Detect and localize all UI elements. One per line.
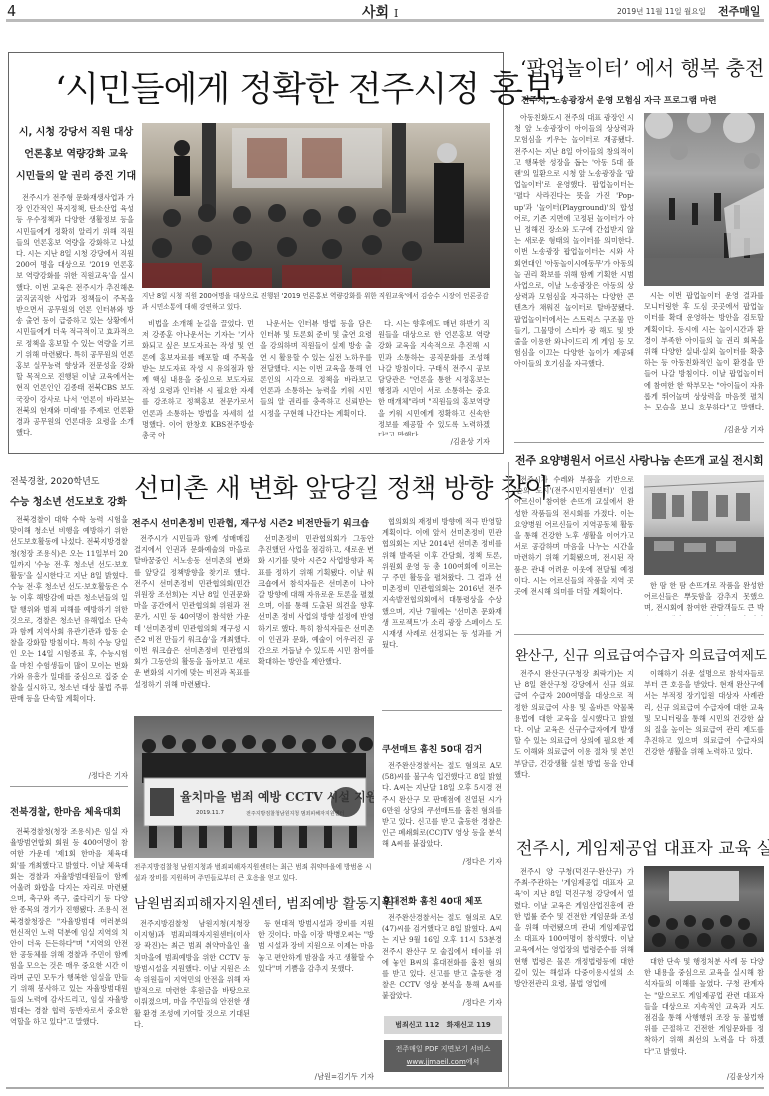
divider-right-1: [514, 442, 764, 443]
group-photo-image: [134, 716, 374, 858]
paper-name: 전주매일: [718, 3, 761, 19]
phone-byline: /정다은 기자: [450, 997, 502, 1008]
main-photo: [142, 123, 490, 288]
masthead-rule: [6, 19, 764, 22]
pdf-service-link-line: www.jjmaeil.com에서: [384, 1056, 502, 1068]
main-photo-caption: 지난 8일 시청 직원 200여명을 대상으로 진행된 '2019 언론홍보 역…: [142, 291, 492, 312]
cushion-byline: /정다은 기자: [450, 856, 502, 867]
phone-headline: 휴대전화 훔친 40대 체포: [382, 894, 482, 907]
cushion-headline: 쿠션매트 훔친 50대 검거: [382, 742, 482, 755]
divider-mid-1: [382, 710, 502, 711]
popup-byline: /김윤상 기자: [710, 424, 764, 435]
divider-vertical-center-right: [508, 462, 509, 1087]
main-col-2: 비법을 소개해 눈길을 끌었다. 먼저 강종훈 아나운서는 기자는 '기사화되고…: [142, 318, 254, 448]
popup-col-2: 시는 이번 팝업놀이터 운영 결과를 모니터링한 후 도심 곳곳에서 팝업놀이터…: [644, 290, 764, 410]
main-col-1: 전주시가 전주형 문화재생사업과 가장 인간적인 복지정책, 탄소산업 육성 등…: [16, 192, 134, 448]
main-subhead-1: 시, 시청 강당서 직원 대상: [16, 122, 136, 144]
playground-image: [644, 113, 764, 286]
divider-left-1: [10, 786, 128, 787]
police-exam-kicker: 전북경찰, 2020학년도: [10, 474, 100, 487]
police-sports-body: 전북경찰청(청장 조용식)은 임실 자율방범연합회 회원 등 400여명이 참여…: [10, 826, 128, 1082]
cctv-banner-org: 전주지방검찰청남원지청 범죄피해자지원센터: [246, 810, 344, 817]
police-sports-headline: 전북경찰, 한마음 체육대회: [10, 804, 121, 818]
seonmichon-headline: 선미촌 새 변화 앞당길 정책 방향 찾아: [134, 468, 550, 505]
pdf-service-link[interactable]: www.jjmaeil.com: [407, 1058, 466, 1066]
cctv-photo-caption: 전주지방검찰청 남원지청과 범죄피해자지원센터는 최근 범죄 취약마을에 방범용…: [134, 862, 376, 883]
seonmichon-col-3: 협의회의 재정비 방향에 적극 반영할 계획이다. 이에 앞서 선미촌정비 민관…: [382, 516, 502, 702]
cctv-col-2: 등 현대적 방범시설과 장비를 지원한 것이다. 마을 이장 박병오씨는 "방범…: [258, 918, 374, 1084]
divider-right-2: [514, 634, 764, 635]
wansan-headline: 완산구, 신규 의료급여수급자 의료급여제도 안내: [515, 644, 769, 664]
cctv-col-1: 전주지방검찰청 남원지청(지청장 이지형)과 범죄피해자지원센터(이사장 곽진)…: [134, 918, 250, 1084]
police-exam-byline: /정다은 기자: [78, 770, 128, 781]
main-col-3: 나운서는 인터뷰 방법 등을 담은 인터뷰 및 토론회 준비 및 출연 요령을 …: [260, 318, 372, 448]
popup-col-1: 아동친화도시 전주의 대표 광장인 시청 앞 노송광장이 아이들의 상상력과 모…: [514, 112, 634, 410]
cctv-banner-title: 율치마을 범죄 예방 CCTV 시설 지원: [180, 788, 374, 805]
pdf-service-suffix: 에서: [466, 1058, 480, 1066]
police-exam-headline: 수능 청소년 선도보호 강화: [10, 493, 127, 508]
wansan-col-2: 이해하기 쉬운 설명으로 참석자들로부터 큰 호응을 받았다. 현재 완산구에서…: [644, 668, 764, 812]
exhibition-image: [644, 475, 764, 575]
cctv-banner-date: 2019.11.7: [196, 810, 224, 816]
cctv-headline: 남원범죄피해자지원센터, 범죄예방 활동지원: [134, 892, 395, 912]
popup-photo: [644, 113, 764, 286]
seonmichon-subhead: 전주시 선미촌정비 민관협, 재구성 시즌2 비전만들기 워크숍: [132, 516, 369, 529]
main-headline: ‘시민들에게 정확한 전주시정 홍보’: [55, 62, 565, 112]
knitting-headline: 전주 요양병원서 어르신 사랑나눔 손뜨개 교실 전시회: [515, 452, 763, 468]
game-photo: [644, 866, 764, 952]
seminar-image: [644, 866, 764, 952]
cctv-byline: /남원=김기두 기자: [290, 1071, 374, 1082]
main-subhead-2: 언론홍보 역량강화 교육: [16, 144, 136, 166]
game-col-1: 전주시 양 구청(덕진구·완산구) 가 주최·주관하는 '게임제공업 대표자 교…: [514, 866, 634, 1082]
wansan-col-1: 전주시 완산구(구청장 최락기)는 지난 8일 완산구청 강당에서 신규 의료급…: [514, 668, 634, 812]
main-byline: /김윤상 기자: [440, 436, 490, 447]
police-exam-body: 전북경찰이 대학 수학 능력 시험을 맞이해 청소년 비행을 예방하기 위한 선…: [10, 514, 128, 780]
bottom-rule: [6, 1087, 764, 1089]
knitting-photo: [644, 475, 764, 575]
cctv-photo: 율치마을 범죄 예방 CCTV 시설 지원 2019.11.7 전주지방검찰청남…: [134, 716, 374, 858]
emergency-notice: 범죄신고 112 화재신고 119: [384, 1016, 502, 1034]
popup-headline: ‘팝업놀이터’ 에서 행복 충전: [520, 52, 764, 81]
pdf-service-title: 전주매일 PDF 지면보기 서비스: [384, 1042, 502, 1056]
main-subheads: 시, 시청 강당서 직원 대상 언론홍보 역량강화 교육 시민들의 알 권리 증…: [16, 122, 136, 188]
page-number: 4: [7, 2, 16, 20]
main-col-4: 다. 시는 향후에도 매년 하반기 직원들을 대상으로 한 언론홍보 역량강화 …: [378, 318, 490, 436]
main-subhead-3: 시민들의 알 권리 증진 기대: [16, 166, 136, 188]
lecture-hall-image: [142, 123, 490, 288]
knitting-col-2: 한 땀 한 땀 손뜨개로 작품을 완성한 어르신들은 뿌듯함을 감추지 못했으며…: [644, 580, 764, 616]
seonmichon-col-2: 선미촌정비 민관협의회가 그동안 추진했던 사업을 점검하고, 새로운 변화 시…: [258, 533, 374, 703]
game-headline: 전주시, 게임제공업 대표자 교육 실시: [516, 834, 769, 859]
game-byline: /김윤상기자: [700, 1071, 764, 1082]
game-col-2: 대한 단속 및 행정처분 사례 등 다양한 내용을 중심으로 교육을 실시해 참…: [644, 956, 764, 1082]
seonmichon-col-1: 전주시가 시민들과 함께 성매매집결지에서 인권과 문화예술의 마을로 탈바꿈중…: [134, 533, 250, 703]
popup-subhead: 전주시, 노송광장서 운영 모험심 자극 프로그램 마련: [521, 94, 717, 106]
emergency-numbers: 범죄신고 112 화재신고 119: [395, 1020, 491, 1030]
cushion-body: 전주완산경찰서는 절도 혐의로 A모(58)씨를 불구속 입건했다고 8일 밝혔…: [382, 760, 502, 870]
issue-date: 2019년 11월 11일 월요일: [617, 6, 706, 17]
pdf-service-box: 전주매일 PDF 지면보기 서비스 www.jjmaeil.com에서: [384, 1040, 502, 1072]
